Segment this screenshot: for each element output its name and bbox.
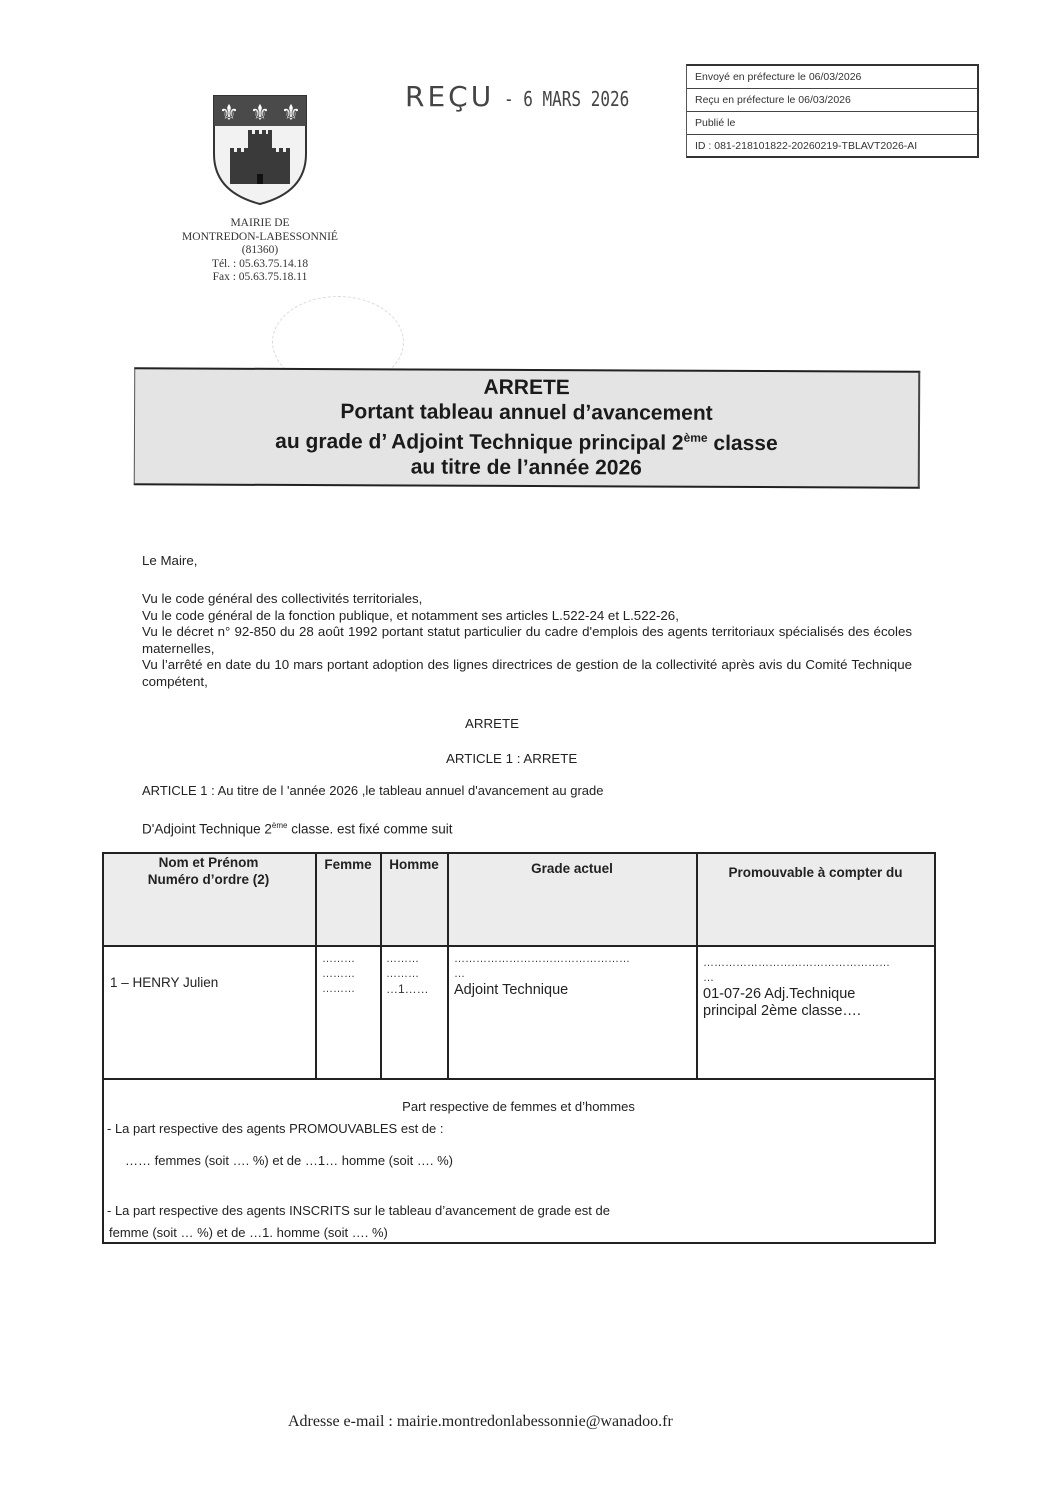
- summary-inscrits-values: femme (soit … %) et de …1. homme (soit ……: [109, 1224, 388, 1241]
- table-row-grade: ………………………………………… … Adjoint Technique: [454, 952, 694, 999]
- received-stamp-date: - 6 MARS 2026: [504, 87, 629, 111]
- mairie-postcode: (81360): [160, 244, 360, 258]
- title-line2: Portant tableau annuel d’avancement: [135, 398, 918, 426]
- header-femme: Femme: [316, 856, 380, 873]
- prefecture-published: Publié le: [687, 112, 977, 135]
- table-row-femme: ……… ……… ………: [322, 952, 355, 997]
- mairie-tel: Tél. : 05.63.75.14.18: [160, 258, 360, 272]
- promotion-table: Nom et Prénom Numéro d’ordre (2) Femme H…: [102, 852, 935, 1244]
- article1-label: ARTICLE 1 :: [142, 783, 215, 798]
- header-homme: Homme: [381, 856, 447, 873]
- svg-text:⚜: ⚜: [250, 101, 270, 126]
- summary-promouvables-values: …… femmes (soit …. %) et de …1… homme (s…: [125, 1152, 453, 1169]
- svg-text:⚜: ⚜: [281, 101, 301, 126]
- received-stamp-label: REÇU: [405, 80, 494, 113]
- title-banner: ARRETE Portant tableau annuel d’avanceme…: [134, 367, 921, 488]
- header-name: Nom et Prénom Numéro d’ordre (2): [102, 854, 315, 888]
- arrete-heading: ARRETE: [465, 716, 519, 731]
- prefecture-box: Envoyé en préfecture le 06/03/2026 Reçu …: [686, 64, 979, 158]
- article1-text: ARTICLE 1 : Au titre de l 'année 2026 ,l…: [142, 783, 604, 798]
- svg-text:⚜: ⚜: [219, 101, 239, 126]
- consideration-1: Vu le code général des collectivités ter…: [142, 591, 912, 608]
- coat-of-arms-icon: ⚜ ⚜ ⚜: [212, 94, 308, 206]
- mairie-line2: MONTREDON-LABESSONNIÉ: [160, 231, 360, 245]
- table-row-homme: ……… ……… …1……: [386, 952, 429, 997]
- footer-email: Adresse e-mail : mairie.montredonlabesso…: [288, 1413, 673, 1431]
- header-promo: Promouvable à compter du: [697, 864, 934, 881]
- mairie-line1: MAIRIE DE: [160, 217, 360, 231]
- title-arrete: ARRETE: [135, 373, 918, 401]
- consideration-3: Vu le décret n° 92-850 du 28 août 1992 p…: [142, 624, 912, 657]
- table-row-name: 1 – HENRY Julien: [110, 974, 218, 991]
- header-grade: Grade actuel: [448, 860, 696, 877]
- received-stamp: REÇU - 6 MARS 2026: [405, 80, 661, 113]
- consideration-4: Vu l’arrêté en date du 10 mars portant a…: [142, 657, 912, 690]
- greeting: Le Maire,: [142, 553, 197, 568]
- article1-line2: D'Adjoint Technique 2ème classe. est fix…: [142, 821, 453, 837]
- mairie-fax: Fax : 05.63.75.18.11: [160, 271, 360, 285]
- summary-promouvables-label: - La part respective des agents PROMOUVA…: [107, 1120, 443, 1137]
- mairie-address: MAIRIE DE MONTREDON-LABESSONNIÉ (81360) …: [160, 217, 360, 285]
- article-heading: ARTICLE 1 : ARRETE: [446, 751, 577, 766]
- table-row-promo: …………………………………………… … 01-07-26 Adj.Techniq…: [703, 956, 933, 1020]
- consideration-2: Vu le code général de la fonction publiq…: [142, 608, 912, 625]
- title-line3: au grade d’ Adjoint Technique principal …: [135, 423, 918, 456]
- prefecture-sent: Envoyé en préfecture le 06/03/2026: [687, 66, 977, 89]
- summary-inscrits-label: - La part respective des agents INSCRITS…: [107, 1202, 610, 1219]
- prefecture-received: Reçu en préfecture le 06/03/2026: [687, 89, 977, 112]
- title-line4: au titre de l’année 2026: [135, 453, 918, 481]
- prefecture-id: ID : 081-218101822-20260219-TBLAVT2026-A…: [687, 135, 977, 157]
- summary-heading: Part respective de femmes et d’hommes: [102, 1098, 935, 1115]
- considerations: Vu le code général des collectivités ter…: [142, 591, 912, 690]
